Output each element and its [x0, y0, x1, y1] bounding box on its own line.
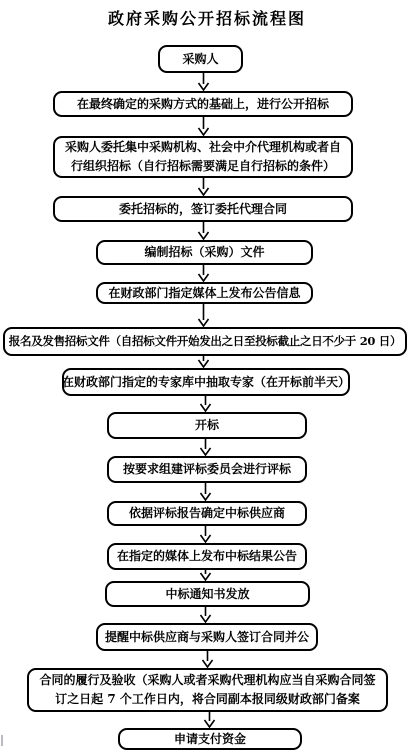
- flow-node-sign-agency-contract: 委托招标的，签订委托代理合同: [53, 196, 353, 222]
- flow-arrow-13: [199, 607, 212, 623]
- flow-node-label: 申请支付资金: [174, 730, 246, 749]
- flow-node-label: 中标通知书发放: [165, 585, 249, 604]
- flow-arrow-6: [197, 304, 210, 327]
- flow-node-label: 委托招标的，签订委托代理合同: [119, 200, 287, 219]
- flow-node-label: 依据评标报告确定中标供应商: [129, 504, 285, 523]
- flow-arrow-1: [197, 73, 210, 91]
- flow-arrow-5: [197, 265, 210, 282]
- flow-node-expert-extraction: 在财政部门指定的专家库中抽取专家（在开标前半天）: [62, 368, 350, 396]
- flow-arrow-7: [197, 356, 210, 368]
- flow-arrow-9: [199, 439, 212, 456]
- flow-node-purchaser: 采购人: [158, 45, 243, 73]
- flow-node-issue-award-notice: 中标通知书发放: [105, 581, 310, 607]
- flow-node-label: 报名及发售招标文件（自招标文件开始发出之日至投标截止之日不少于 20 日）: [9, 332, 401, 351]
- flow-node-entrust-agency: 采购人委托集中采购机构、社会中介代理机构或者自行组织招标（自行招标需要满足自行招…: [53, 136, 353, 178]
- flow-node-label: 采购人委托集中采购机构、社会中介代理机构或者自行组织招标（自行招标需要满足自行招…: [60, 138, 346, 176]
- page-title: 政府采购公开招标流程图: [0, 6, 414, 29]
- flow-node-label: 开标: [195, 416, 219, 435]
- flow-arrow-4: [197, 222, 210, 240]
- flow-node-remind-sign-contract: 提醒中标供应商与采购人签订合同并公: [96, 623, 318, 651]
- flow-node-label: 提醒中标供应商与采购人签订合同并公: [105, 628, 309, 647]
- flow-node-label: 在指定的媒体上发布中标结果公告: [117, 547, 297, 566]
- flow-node-open-tender-basis: 在最终确定的采购方式的基础上，进行公开招标: [53, 91, 353, 117]
- flow-node-determine-winner: 依据评标报告确定中标供应商: [107, 501, 307, 526]
- flow-node-publish-result: 在指定的媒体上发布中标结果公告: [107, 543, 307, 570]
- flow-arrow-3: [197, 178, 210, 196]
- flow-arrow-12: [199, 570, 212, 581]
- flow-arrow-14: [201, 651, 214, 668]
- flow-node-prepare-tender-documents: 编制招标（采购）文件: [96, 240, 313, 265]
- flow-arrow-15: [203, 712, 216, 728]
- flow-node-label: 合同的履行及验收（采购人或者采购代理机构应当自采购合同签订之日起 7 个工作日内…: [34, 671, 381, 709]
- flow-node-label: 在最终确定的采购方式的基础上，进行公开招标: [77, 95, 329, 114]
- flow-node-label: 在财政部门指定媒体上发布公告信息: [108, 284, 300, 303]
- flow-node-publish-announcement: 在财政部门指定媒体上发布公告信息: [96, 282, 313, 304]
- stray-artifact: [1, 735, 3, 746]
- flow-node-label: 编制招标（采购）文件: [144, 243, 264, 262]
- flow-node-label: 按要求组建评标委员会进行评标: [123, 460, 291, 479]
- flow-node-label: 采购人: [182, 50, 218, 69]
- flow-arrow-2: [197, 117, 210, 136]
- flow-arrow-11: [199, 526, 212, 543]
- flow-node-apply-payment: 申请支付资金: [118, 728, 302, 750]
- flow-node-contract-performance: 合同的履行及验收（采购人或者采购代理机构应当自采购合同签订之日起 7 个工作日内…: [27, 668, 388, 712]
- flow-node-bid-opening: 开标: [107, 412, 307, 439]
- flowchart-canvas: 政府采购公开招标流程图 采购人 在最终确定的采购方式的基础上，进行公开招标 采购…: [0, 0, 414, 753]
- flow-node-label: 在财政部门指定的专家库中抽取专家（在开标前半天）: [62, 373, 350, 392]
- flow-node-registration-and-sale: 报名及发售招标文件（自招标文件开始发出之日至投标截止之日不少于 20 日）: [3, 327, 407, 356]
- flow-arrow-10: [199, 483, 212, 501]
- flow-node-evaluation-committee: 按要求组建评标委员会进行评标: [107, 456, 307, 483]
- flow-arrow-8: [199, 396, 212, 412]
